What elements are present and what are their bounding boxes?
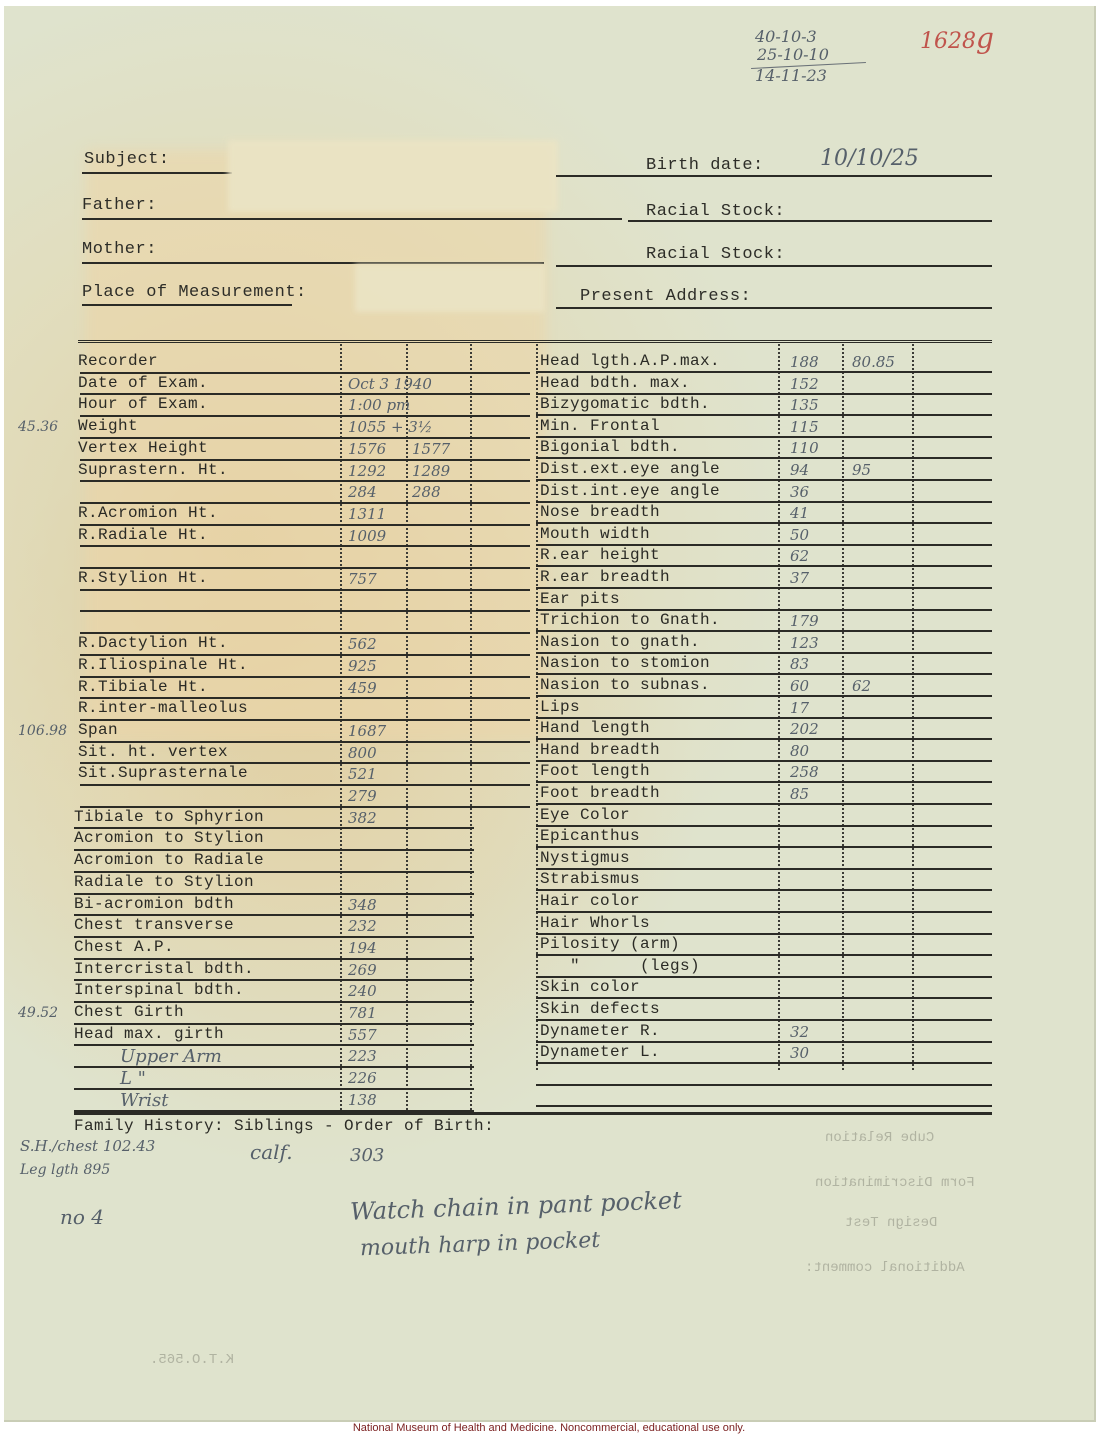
ghost-text-4: Additional comment: <box>805 1260 965 1276</box>
margin-calculation: 106.98 <box>18 723 67 739</box>
handwritten-row-label: L " <box>120 1068 146 1089</box>
margin-calculation: 45.36 <box>18 419 58 435</box>
right-row-label: Nose breadth <box>540 503 660 521</box>
left-row-value-2: 1577 <box>412 440 450 458</box>
right-row-value-1: 32 <box>790 1023 809 1041</box>
left-row-label: Radiale to Stylion <box>74 873 254 891</box>
right-row-value-1: 188 <box>790 353 819 371</box>
left-row-value-1: 781 <box>348 1004 377 1022</box>
left-row-value-1: 1:00 pm <box>348 396 410 414</box>
right-row-label: Nasion to subnas. <box>540 676 710 694</box>
column-separator <box>842 344 844 1070</box>
right-row-value-1: 123 <box>790 634 819 652</box>
left-row-value-1: 138 <box>348 1091 377 1109</box>
left-row-value-1: 279 <box>348 787 377 805</box>
ghost-text-3: Design Test <box>845 1215 937 1231</box>
record-id: 1628g <box>920 22 994 55</box>
father-label: Father: <box>82 196 157 215</box>
birth-date-line <box>556 175 992 177</box>
right-row-label: Dist.ext.eye angle <box>540 460 720 478</box>
left-row-value-1: Oct 3 1940 <box>348 375 432 393</box>
margin-calculation: 49.52 <box>18 1005 58 1021</box>
right-row-label: R.ear breadth <box>540 568 670 586</box>
left-row-value-1: 557 <box>348 1026 377 1044</box>
right-row-label: Strabismus <box>540 870 640 888</box>
right-row-label: Lips <box>540 698 580 716</box>
left-row-value-1: 284 <box>348 483 377 501</box>
right-row-label: Skin defects <box>540 1000 660 1018</box>
right-row-label: Head bdth. max. <box>540 374 690 392</box>
right-row-value-1: 258 <box>790 763 819 781</box>
mother-label: Mother: <box>82 240 157 259</box>
place-line <box>82 304 292 306</box>
right-row-rule <box>536 1062 992 1064</box>
birth-date-label: Birth date: <box>646 156 764 175</box>
redacted-place <box>355 264 545 312</box>
right-row-value-1: 94 <box>790 461 809 479</box>
left-row-label: Vertex Height <box>78 439 208 457</box>
left-row-label: Chest Girth <box>74 1003 184 1021</box>
right-row-label: R.ear height <box>540 546 660 564</box>
right-row-rule <box>536 1105 992 1107</box>
right-row-value-1: 110 <box>790 439 819 457</box>
ghost-text-2: Form Discrimination <box>815 1175 975 1191</box>
right-row-label: Nasion to stomion <box>540 654 710 672</box>
left-row-rule <box>80 610 530 612</box>
record-number: 1628 <box>920 29 976 54</box>
handwritten-row-label: Wrist <box>120 1090 169 1111</box>
left-row-label: Intercristal bdth. <box>74 960 254 978</box>
left-row-value-1: 1687 <box>348 722 386 740</box>
left-row-label: Interspinal bdth. <box>74 981 244 999</box>
left-row-label: R.inter-malleolus <box>78 699 248 717</box>
left-row-label: Chest A.P. <box>74 938 174 956</box>
column-separator <box>536 344 538 1070</box>
credit-line: National Museum of Health and Medicine. … <box>0 1422 1098 1434</box>
racial-stock-label-2: Racial Stock: <box>646 245 785 264</box>
right-row-label: Skin color <box>540 978 640 996</box>
corner-calculation: 40-10-3 25-10-10 14-11-23 <box>755 28 866 85</box>
left-row-value-1: 348 <box>348 896 377 914</box>
left-row-label: Sit.Suprasternale <box>78 764 248 782</box>
right-row-value-1: 41 <box>790 504 809 522</box>
right-row-value-1: 36 <box>790 483 809 501</box>
column-separator <box>778 344 780 1070</box>
left-row-label: Head max. girth <box>74 1025 224 1043</box>
left-row-label: Acromion to Radiale <box>74 851 264 869</box>
racial-stock-line-2 <box>556 265 992 267</box>
right-row-value-2: 80.85 <box>852 353 895 371</box>
right-row-label: Dist.int.eye angle <box>540 482 720 500</box>
father-line <box>82 218 622 220</box>
left-row-value-1: 1576 <box>348 440 386 458</box>
table-top-rule <box>78 340 992 345</box>
leg-length-note: Leg lgth 895 <box>20 1162 110 1178</box>
left-row-rule <box>80 589 530 591</box>
left-row-value-1: 521 <box>348 765 377 783</box>
left-row-value-1: 800 <box>348 744 377 762</box>
left-row-rule <box>80 545 530 547</box>
left-row-value-1: 382 <box>348 809 377 827</box>
right-row-label: Ear pits <box>540 590 620 608</box>
handwritten-row-label: Upper Arm <box>120 1046 222 1067</box>
left-row-value-2: 1289 <box>412 462 450 480</box>
left-row-label: Hour of Exam. <box>78 395 208 413</box>
left-row-value-1: 240 <box>348 982 377 1000</box>
right-row-label: Hand breadth <box>540 741 660 759</box>
right-row-value-1: 62 <box>790 547 809 565</box>
left-row-label: Suprastern. Ht. <box>78 461 228 479</box>
left-row-value-1: 1292 <box>348 462 386 480</box>
racial-stock-label-1: Racial Stock: <box>646 202 785 221</box>
right-row-value-2: 62 <box>852 677 871 695</box>
left-row-value-1: 1055 + 3½ <box>348 418 432 436</box>
calc-line-3: 14-11-23 <box>755 67 866 85</box>
number-note: no 4 <box>60 1205 104 1229</box>
left-row-label: R.Dactylion Ht. <box>78 634 228 652</box>
right-row-label: Hair Whorls <box>540 914 650 932</box>
right-row-value-1: 30 <box>790 1044 809 1062</box>
left-row-label: R.Acromion Ht. <box>78 504 218 522</box>
right-row-value-1: 85 <box>790 785 809 803</box>
left-row-value-1: 925 <box>348 657 377 675</box>
right-row-label: " (legs) <box>540 957 700 975</box>
left-row-value-1: 194 <box>348 939 377 957</box>
right-row-label: Hair color <box>540 892 640 910</box>
family-history-label: Family History: Siblings - Order of Birt… <box>74 1117 494 1135</box>
right-row-label: Epicanthus <box>540 827 640 845</box>
left-row-value-1: 269 <box>348 961 377 979</box>
left-row-rule <box>80 719 530 721</box>
ghost-footer-code: K.T.O.565. <box>150 1352 234 1368</box>
calf-note: calf. <box>250 1140 293 1164</box>
subject-line <box>82 172 232 174</box>
right-row-value-1: 17 <box>790 699 809 717</box>
left-row-value-1: 223 <box>348 1047 377 1065</box>
left-row-label: Acromion to Stylion <box>74 829 264 847</box>
left-row-label: Weight <box>78 417 138 435</box>
right-row-value-1: 135 <box>790 396 819 414</box>
present-address-line <box>556 307 992 309</box>
left-row-label: R.Iliospinale Ht. <box>78 656 248 674</box>
calf-value: 303 <box>350 1145 384 1166</box>
left-row-label: Tibiale to Sphyrion <box>74 808 264 826</box>
right-row-label: Eye Color <box>540 806 630 824</box>
left-row-rule <box>80 415 530 417</box>
right-row-label: Dynameter L. <box>540 1043 660 1061</box>
left-row-value-1: 232 <box>348 917 377 935</box>
left-row-label: R.Stylion Ht. <box>78 569 208 587</box>
subject-label: Subject: <box>84 150 170 169</box>
right-row-value-1: 37 <box>790 569 809 587</box>
right-row-label: Trichion to Gnath. <box>540 611 720 629</box>
right-row-value-1: 152 <box>790 375 819 393</box>
left-row-label: Bi-acromion bdth <box>74 895 234 913</box>
place-label: Place of Measurement: <box>82 283 307 302</box>
record-suffix: g <box>976 22 994 55</box>
left-row-label: Span <box>78 721 118 739</box>
left-row-label: R.Tibiale Ht. <box>78 678 208 696</box>
left-row-value-1: 562 <box>348 635 377 653</box>
left-row-value-1: 757 <box>348 570 377 588</box>
right-row-rule <box>536 1084 992 1086</box>
left-row-value-2: 288 <box>412 483 441 501</box>
right-row-label: Pilosity (arm) <box>540 935 680 953</box>
right-row-value-2: 95 <box>852 461 871 479</box>
right-row-label: Mouth width <box>540 525 650 543</box>
right-row-label: Foot breadth <box>540 784 660 802</box>
table-bottom-rule <box>74 1112 992 1115</box>
left-row-value-1: 1311 <box>348 505 386 523</box>
right-row-value-1: 202 <box>790 720 819 738</box>
right-row-label: Head lgth.A.P.max. <box>540 352 720 370</box>
left-row-value-1: 459 <box>348 679 377 697</box>
right-row-label: Bigonial bdth. <box>540 438 680 456</box>
right-row-value-1: 179 <box>790 612 819 630</box>
right-row-label: Dynameter R. <box>540 1022 660 1040</box>
right-row-label: Nystigmus <box>540 849 630 867</box>
left-row-value-1: 226 <box>348 1069 377 1087</box>
calc-line-2: 25-10-10 <box>757 46 866 64</box>
right-row-label: Bizygomatic bdth. <box>540 395 710 413</box>
left-row-label: Sit. ht. vertex <box>78 743 228 761</box>
present-address-label: Present Address: <box>580 287 751 306</box>
sh-chest-note: S.H./chest 102.43 <box>20 1137 155 1155</box>
column-separator <box>912 344 914 1070</box>
birth-date-value: 10/10/25 <box>820 146 919 171</box>
left-row-rule <box>80 784 530 786</box>
left-row-rule <box>80 480 530 482</box>
calc-line-1: 40-10-3 <box>755 28 866 46</box>
right-row-label: Foot length <box>540 762 650 780</box>
right-row-label: Min. Frontal <box>540 417 660 435</box>
left-row-label: Date of Exam. <box>78 374 208 392</box>
right-row-value-1: 60 <box>790 677 809 695</box>
redacted-subject-name <box>228 140 558 212</box>
left-row-value-1: 1009 <box>348 527 386 545</box>
right-row-label: Nasion to gnath. <box>540 633 700 651</box>
right-row-value-1: 83 <box>790 655 809 673</box>
left-row-label: Chest transverse <box>74 916 234 934</box>
ghost-text-1: Cube Relation <box>825 1130 934 1146</box>
right-row-value-1: 80 <box>790 742 809 760</box>
right-row-value-1: 50 <box>790 526 809 544</box>
right-row-value-1: 115 <box>790 418 819 436</box>
right-row-label: Hand length <box>540 719 650 737</box>
left-row-label: R.Radiale Ht. <box>78 526 208 544</box>
left-row-label: Recorder <box>78 352 158 370</box>
right-row-rule <box>536 695 992 697</box>
